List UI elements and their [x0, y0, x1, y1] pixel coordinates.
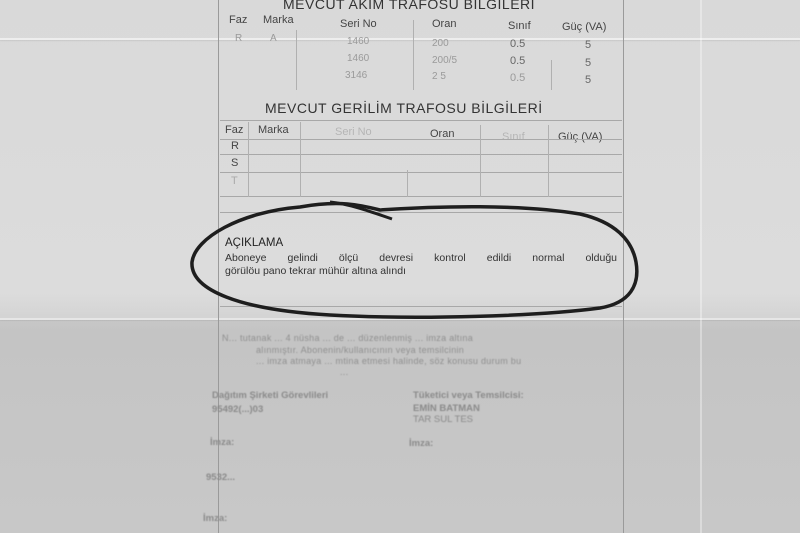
signature-label: İmza: — [203, 513, 227, 524]
signature-label: İmza: — [409, 438, 433, 449]
staff-id-2: 9532... — [206, 472, 235, 483]
consumer-role: TAR SUL TES — [413, 414, 473, 425]
signature-label: İmza: — [210, 437, 234, 448]
staff-id-1: 95492(...)03 — [212, 404, 263, 415]
hand-drawn-circle-annotation — [0, 0, 800, 533]
distribution-staff-heading: Dağıtım Şirketi Görevlileri — [212, 390, 328, 401]
consumer-name: EMİN BATMAN — [413, 403, 480, 414]
consumer-heading: Tüketici veya Temsilcisi: — [413, 390, 524, 401]
